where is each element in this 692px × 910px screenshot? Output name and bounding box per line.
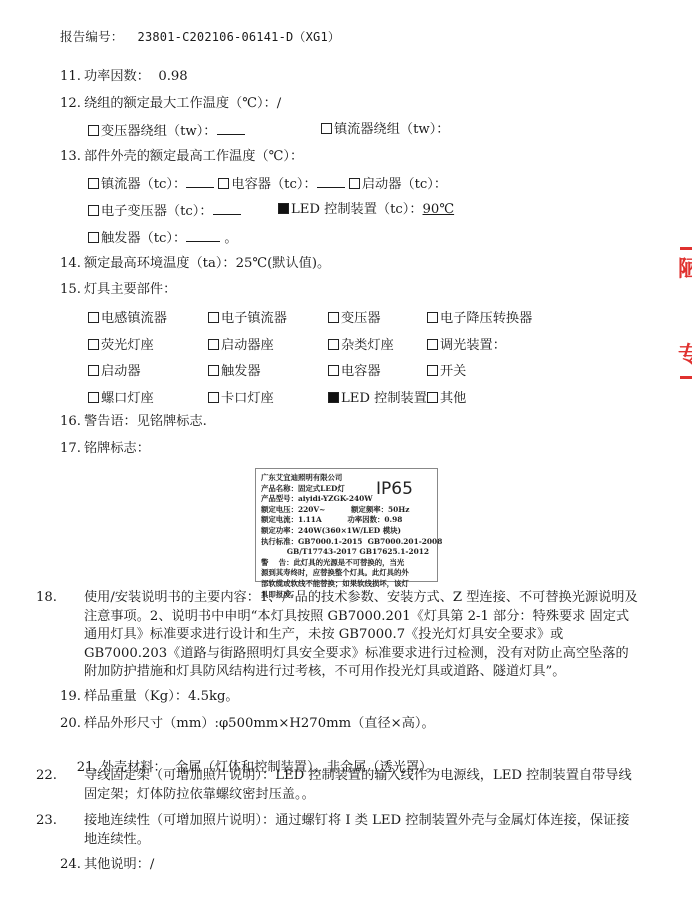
seal-mark — [680, 247, 692, 250]
item-19: 19.样品重量（Kg）：4.5kg。 — [60, 688, 239, 706]
led-tc-value: 90℃ — [423, 202, 455, 217]
item-22: 22.导线固定架（可增加照片说明）：LED 控制装置的输入线作为电源线，LED … — [60, 767, 640, 804]
item-13: 13.部件外壳的额定最高工作温度（℃）： — [60, 148, 303, 166]
report-number-value: 23801-C202106-06141-D（XG1） — [138, 30, 341, 44]
item-17: 17.铭牌标志： — [60, 440, 150, 458]
checkbox-capacitor-tc[interactable] — [218, 178, 229, 189]
checkbox-ignitor-tc[interactable] — [88, 232, 99, 243]
checkbox-starter-holder[interactable] — [208, 339, 219, 350]
checkbox-fluorescent-holder[interactable] — [88, 339, 99, 350]
checkbox-bayonet-holder[interactable] — [208, 392, 219, 403]
checkbox-capacitor[interactable] — [328, 365, 339, 376]
item-12-options: 变压器绕组（tw）： 镇流器绕组（tw）： — [88, 121, 245, 141]
checkbox-ballast-tc[interactable] — [88, 178, 99, 189]
item-16: 16.警告语：见铭牌标志. — [60, 413, 207, 431]
checkbox-step-down-converter[interactable] — [427, 312, 438, 323]
ip-rating: IP65 — [376, 479, 413, 499]
document-page: 报告编号：23801-C202106-06141-D（XG1） 11.功率因数：… — [0, 0, 692, 910]
checkbox-transformer-winding[interactable] — [88, 125, 99, 136]
checkbox-other[interactable] — [427, 392, 438, 403]
checkbox-electronic-ballast[interactable] — [208, 312, 219, 323]
item-23: 23.接地连续性（可增加照片说明）：通过螺钉将 I 类 LED 控制装置外壳与金… — [60, 812, 640, 849]
checkbox-ballast-winding[interactable] — [321, 123, 332, 134]
checkbox-ignitor[interactable] — [208, 365, 219, 376]
item-14: 14.额定最高环境温度（ta）：25℃(默认值)。 — [60, 255, 330, 273]
item-12: 12.绕组的额定最大工作温度（℃）：/ — [60, 95, 281, 113]
checkbox-led-control-tc[interactable] — [278, 203, 289, 214]
item-13-row2: 电子变压器（tc）： LED 控制装置（tc）：90℃ — [88, 201, 241, 221]
item-24: 24.其他说明：/ — [60, 856, 154, 874]
seal-char-2: 专 — [678, 338, 692, 369]
checkbox-dimmer[interactable] — [427, 339, 438, 350]
seal-char-1: 陋 — [678, 252, 692, 283]
checkbox-misc-holder[interactable] — [328, 339, 339, 350]
nameplate-image: IP65 广东艾宜迪照明有限公司 产品名称：固定式LED灯 产品型号：aiyid… — [255, 468, 438, 582]
checkbox-switch[interactable] — [427, 365, 438, 376]
item-18: 18.使用/安装说明书的主要内容：1、产品的技术参数、安装方式、Z 型连接、不可… — [60, 589, 640, 682]
report-number-label: 报告编号： — [60, 29, 124, 44]
checkbox-starter-tc[interactable] — [349, 178, 360, 189]
checkbox-electronic-transformer-tc[interactable] — [88, 205, 99, 216]
item-13-row3: 触发器（tc）： 。 — [88, 228, 238, 248]
checkbox-transformer[interactable] — [328, 312, 339, 323]
item-20: 20.样品外形尺寸（mm）:φ500mm×H270mm（直径×高）。 — [60, 715, 435, 733]
item-11: 11.功率因数： 0.98 — [60, 68, 188, 86]
item-13-row1: 镇流器（tc）： 电容器（tc）： 启动器（tc）： — [88, 174, 447, 194]
checkbox-screw-holder[interactable] — [88, 392, 99, 403]
seal-mark — [680, 376, 692, 379]
report-number: 报告编号：23801-C202106-06141-D（XG1） — [60, 27, 340, 45]
power-factor-value: 0.98 — [158, 69, 187, 84]
checkbox-inductive-ballast[interactable] — [88, 312, 99, 323]
checkbox-starter[interactable] — [88, 365, 99, 376]
checkbox-led-control[interactable] — [328, 392, 339, 403]
item-15: 15.灯具主要部件： — [60, 281, 176, 299]
blank-field — [217, 121, 245, 135]
